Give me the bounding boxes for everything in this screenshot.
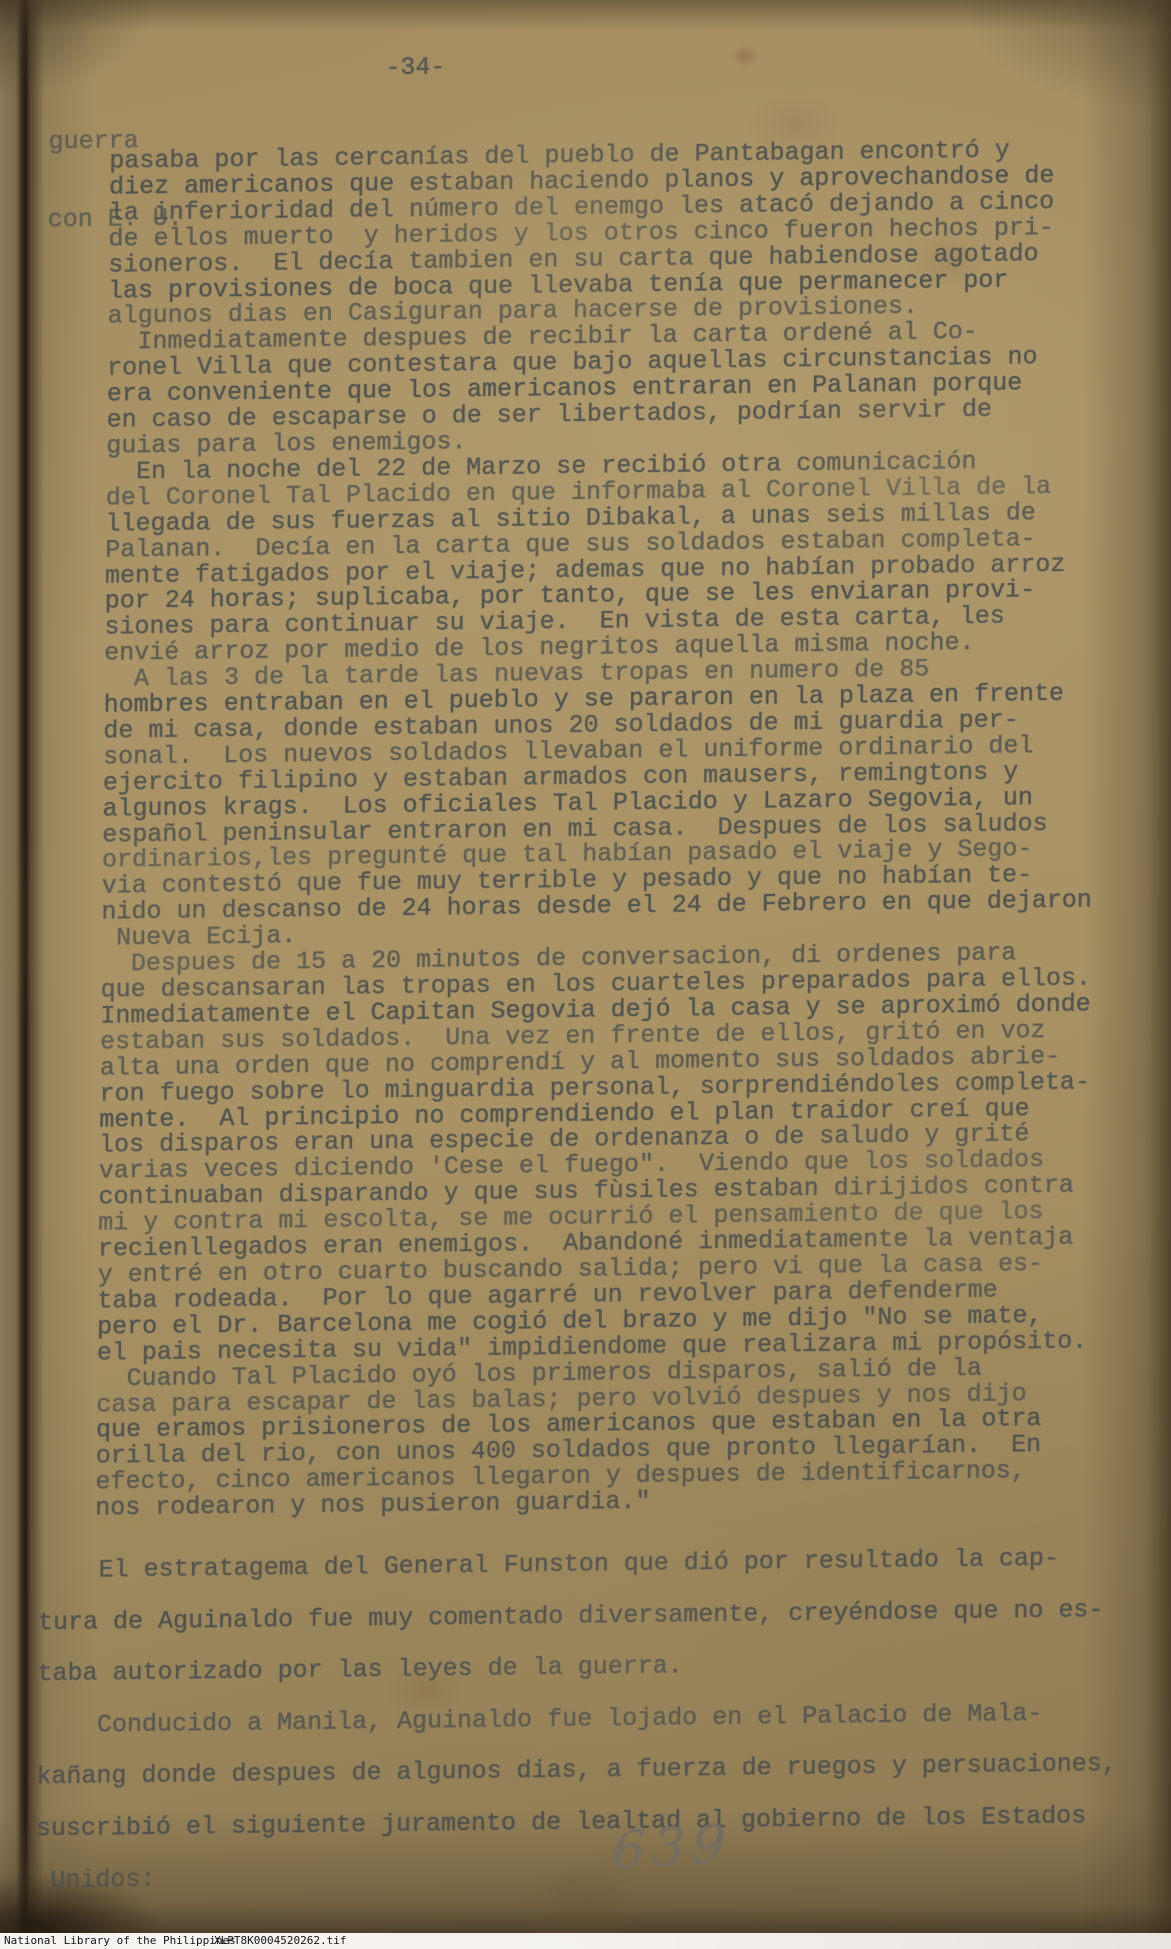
page-number: -34-	[385, 55, 445, 82]
handwritten-page-number: 639	[611, 1814, 733, 1883]
library-name: National Library of the Philippines	[4, 1933, 236, 1949]
typewritten-text-layer: guerra con E. U. -34- pasaba por las cer…	[0, 0, 1171, 1949]
closing-paragraphs: El estratagema del General Funston que d…	[35, 1532, 1119, 1906]
quoted-account-block: pasaba por las cercanías del pueblo de P…	[95, 137, 1100, 1522]
scan-filename: XLPT8K0004520262.tif	[214, 1933, 346, 1949]
scanner-footer-bar: National Library of the Philippines XLPT…	[0, 1933, 1171, 1949]
